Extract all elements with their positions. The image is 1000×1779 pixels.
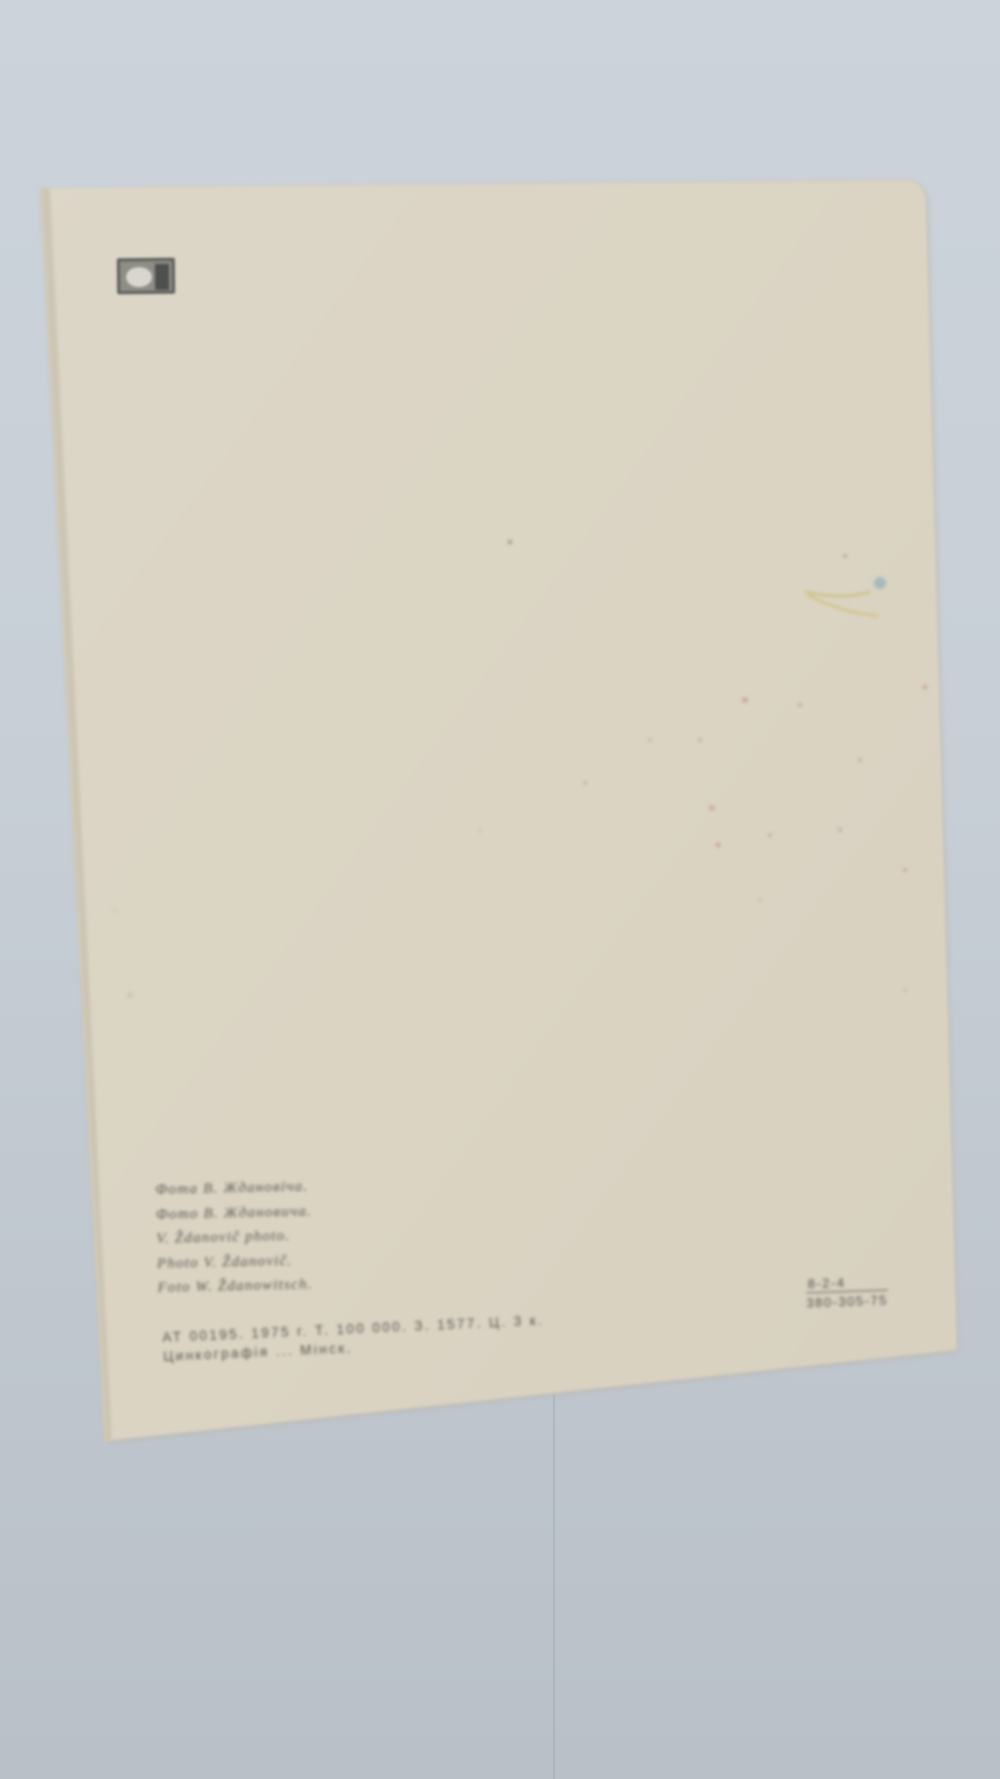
catalog-code-bottom: 380-305-75 — [806, 1290, 888, 1312]
photo-credits: Фота В. Ждановіча. Фото В. Ждановича. V.… — [155, 1174, 314, 1300]
publisher-logo-icon — [117, 258, 175, 295]
catalog-code: 8-2-4 380-305-75 — [805, 1273, 888, 1312]
credit-line: Фота В. Ждановіча. — [155, 1174, 312, 1202]
postcard: Фота В. Ждановіча. Фото В. Ждановича. V.… — [0, 0, 1000, 1779]
credit-line: V. Ždanovič photo. — [156, 1223, 313, 1251]
credit-line: Фото В. Ждановича. — [156, 1199, 313, 1227]
credit-line: Photo V. Ždanovič. — [157, 1248, 314, 1276]
credit-line: Foto W. Ždanowitsch. — [157, 1272, 314, 1300]
